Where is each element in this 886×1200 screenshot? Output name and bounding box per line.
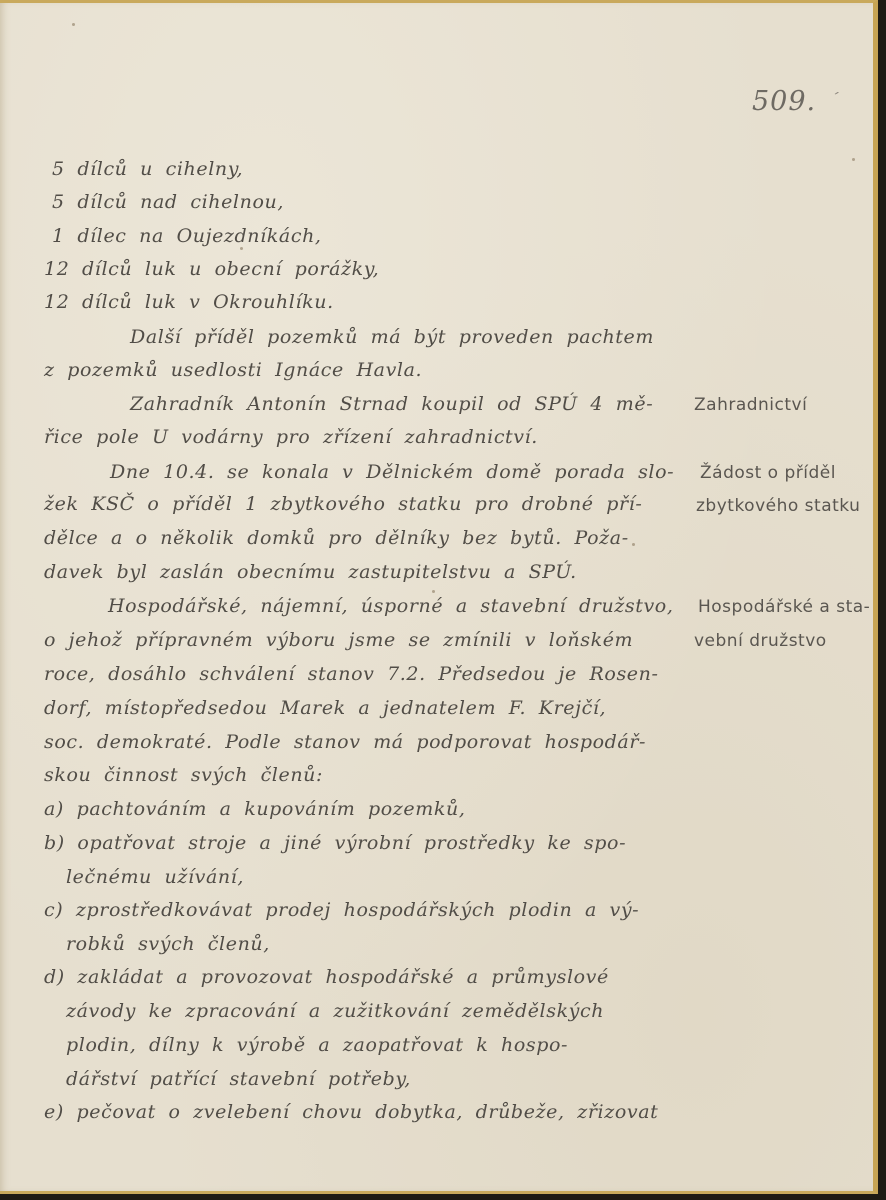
text-line: c) zprostředkovávat prodej hospodářských… <box>44 899 639 921</box>
text-line: dělce a o několik domků pro dělníky bez … <box>44 527 629 549</box>
margin-note: Zahradnictví <box>694 395 807 415</box>
text-line: lečnému užívání, <box>66 866 244 888</box>
text-line: b) opatřovat stroje a jiné výrobní prost… <box>44 832 626 854</box>
text-line: 12 dílců luk u obecní porážky, <box>44 258 379 280</box>
text-line: závody ke zpracování a zužitkování zeměd… <box>66 1000 604 1022</box>
margin-note: Hospodářské a sta- <box>698 597 870 617</box>
text-line: Dne 10.4. se konala v Dělnickém domě por… <box>110 461 674 483</box>
text-line: robků svých členů, <box>66 933 270 955</box>
text-line: davek byl zaslán obecnímu zastupitelstvu… <box>44 561 577 583</box>
text-line: řice pole U vodárny pro zřízení zahradni… <box>44 426 538 448</box>
text-line: dorf, místopředsedou Marek a jednatelem … <box>44 697 606 719</box>
text-line: a) pachtováním a kupováním pozemků, <box>44 798 465 820</box>
text-line: Hospodářské, nájemní, úsporné a stavební… <box>108 595 674 617</box>
text-line: d) zakládat a provozovat hospodářské a p… <box>44 966 609 988</box>
text-line: dářství patřící stavební potřeby, <box>66 1068 411 1090</box>
text-line: skou činnost svých členů: <box>44 764 323 786</box>
text-line: žek KSČ o příděl 1 zbytkového statku pro… <box>44 493 642 515</box>
text-line: 1 dílec na Oujezdníkách, <box>52 225 322 247</box>
paper-speck <box>72 23 75 26</box>
text-line: Zahradník Antonín Strnad koupil od SPÚ 4… <box>130 393 653 415</box>
text-line: soc. demokraté. Podle stanov má podporov… <box>44 731 646 753</box>
margin-note: vební družstvo <box>694 631 827 651</box>
chronicle-page: 509. ´ 5 dílců u cihelny,5 dílců nad cih… <box>0 0 878 1194</box>
text-line: plodin, dílny k výrobě a zaopatřovat k h… <box>66 1034 568 1056</box>
text-line: z pozemků usedlosti Ignáce Havla. <box>44 359 422 381</box>
text-line: 5 dílců u cihelny, <box>52 158 243 180</box>
text-line: 12 dílců luk v Okrouhlíku. <box>44 291 334 313</box>
text-line: Další příděl pozemků má být proveden pac… <box>130 326 654 348</box>
paper-speck <box>632 543 635 546</box>
text-line: roce, dosáhlo schválení stanov 7.2. Před… <box>44 663 659 685</box>
paper-speck <box>852 158 855 161</box>
paper-speck <box>432 590 435 593</box>
page-number: 509. <box>752 86 816 117</box>
paper-speck <box>240 247 243 250</box>
text-line: o jehož přípravném výboru jsme se zmínil… <box>44 629 633 651</box>
tick-mark: ´ <box>827 88 841 109</box>
margin-note: zbytkového statku <box>696 496 860 516</box>
text-line: 5 dílců nad cihelnou, <box>52 191 284 213</box>
margin-note: Žádost o příděl <box>700 463 836 483</box>
text-line: e) pečovat o zvelebení chovu dobytka, dr… <box>44 1101 658 1123</box>
